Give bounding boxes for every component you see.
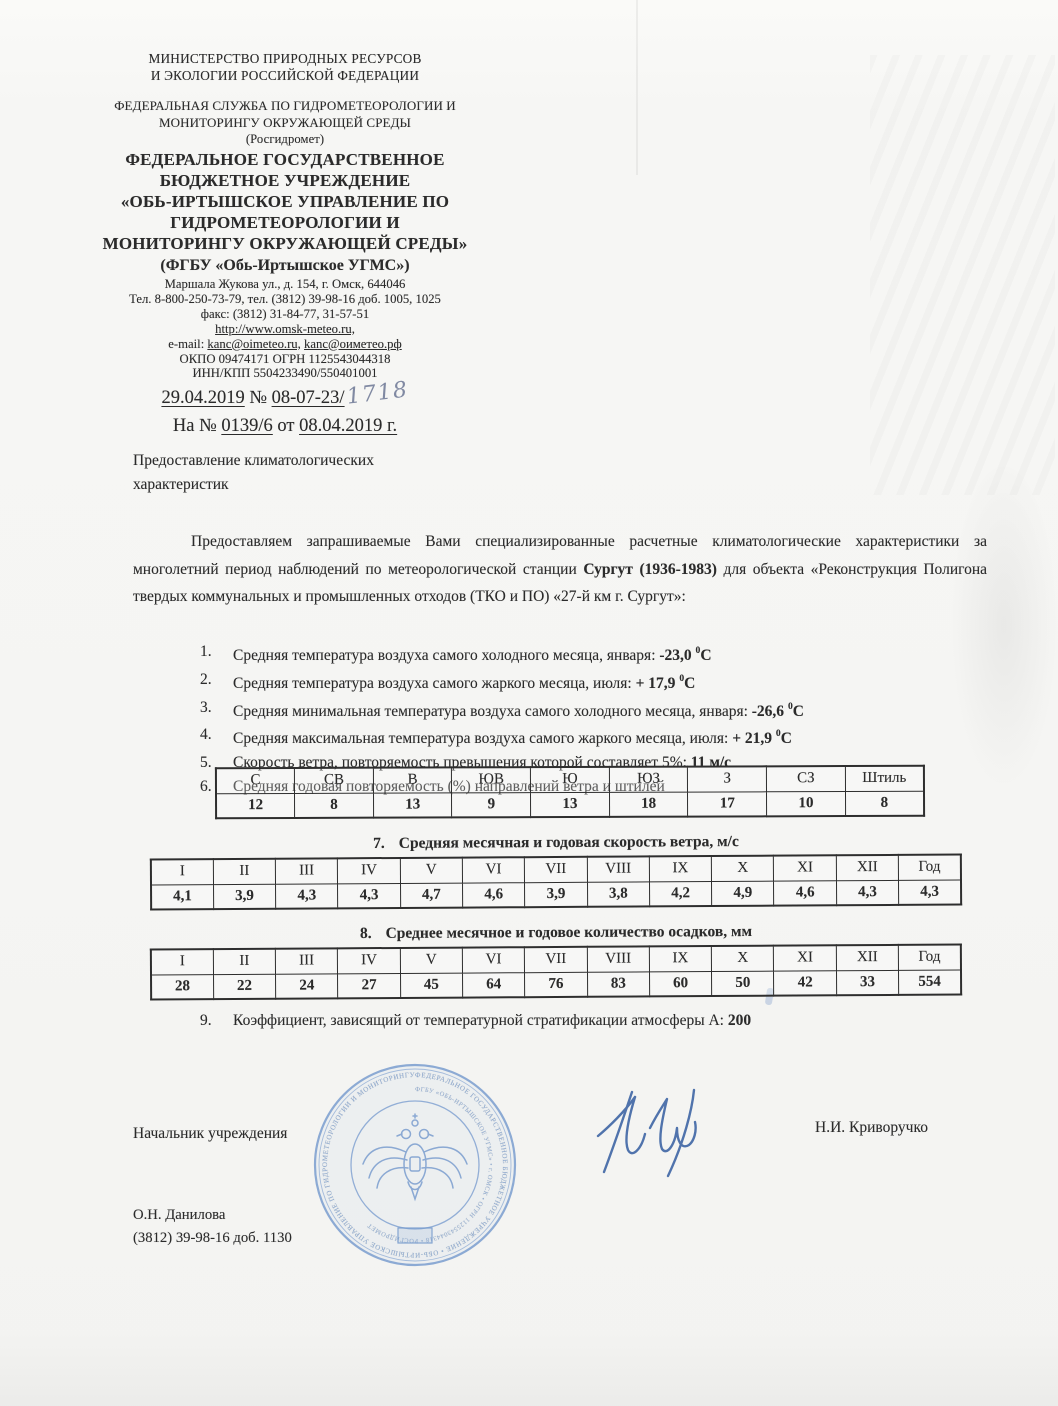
doc-date: 29.04.2019 <box>161 388 244 408</box>
value-cell: 4,3 <box>836 880 898 905</box>
ministry-name: МИНИСТЕРСТВО ПРИРОДНЫХ РЕСУРСОВ И ЭКОЛОГ… <box>55 50 515 84</box>
email-address-2: kanc@оиметео.рф <box>304 337 402 351</box>
value-cell: 3,9 <box>525 882 587 907</box>
list-item-text: Средняя максимальная температура воздуха… <box>233 723 792 751</box>
wind-direction-table: ССВВЮВЮЮЗЗСЗШтиль128139131817108 <box>215 765 925 819</box>
header-cell: В <box>373 767 452 792</box>
header-cell: II <box>213 859 275 884</box>
email-address-1: kanc@oimeteo.ru, <box>207 337 300 351</box>
value-cell: 4,6 <box>774 880 836 905</box>
value-cell: 42 <box>774 970 836 995</box>
value-cell: 83 <box>587 971 649 996</box>
value-cell: 17 <box>688 791 767 816</box>
signatory-position: Начальник учреждения <box>133 1125 287 1143</box>
subject-line: характеристик <box>133 473 374 497</box>
value-cell: 9 <box>452 792 531 817</box>
phone-line: Тел. 8-800-250-73-79, тел. (3812) 39-98-… <box>55 292 515 307</box>
value-cell: 3,9 <box>213 884 275 909</box>
scan-artifact <box>0 1330 1058 1406</box>
list-item-text: Коэффициент, зависящий от температурной … <box>233 1012 751 1030</box>
table-header-row: ССВВЮВЮЮЗЗСЗШтиль <box>216 766 924 793</box>
ministry-line: И ЭКОЛОГИИ РОССИЙСКОЙ ФЕДЕРАЦИИ <box>55 67 515 84</box>
scan-artifact <box>636 0 638 175</box>
header-cell: VIII <box>587 946 649 971</box>
header-cell: XI <box>774 855 836 880</box>
signature-scribble <box>580 1082 720 1182</box>
header-cell: СВ <box>295 768 374 793</box>
header-cell: X <box>712 856 774 881</box>
header-cell: СЗ <box>767 766 846 791</box>
header-cell: IV <box>338 858 400 883</box>
organization-name: ФЕДЕРАЛЬНОЕ ГОСУДАРСТВЕННОЕБЮДЖЕТНОЕ УЧР… <box>55 149 515 254</box>
inn-kpp-line: ИНН/КПП 5504233490/550401001 <box>55 366 515 381</box>
organization-name-line: ФЕДЕРАЛЬНОЕ ГОСУДАРСТВЕННОЕ <box>55 149 515 170</box>
subject: Предоставление климатологических характе… <box>133 449 374 496</box>
header-cell: V <box>400 948 462 973</box>
header-cell: Год <box>898 855 961 880</box>
table-title-text: Средняя месячная и годовая скорость ветр… <box>399 833 739 852</box>
list-item-9: 9. Коэффициент, зависящий от температурн… <box>200 1012 751 1030</box>
value-cell: 76 <box>525 972 587 997</box>
item9-value: 200 <box>728 1012 751 1029</box>
value-cell: 24 <box>276 973 338 998</box>
organization-name-line: БЮДЖЕТНОЕ УЧРЕЖДЕНИЕ <box>55 170 515 191</box>
scanned-letter-page: МИНИСТЕРСТВО ПРИРОДНЫХ РЕСУРСОВ И ЭКОЛОГ… <box>0 0 1058 1406</box>
precipitation-table-title: 8.Среднее месячное и годовое количество … <box>150 922 962 944</box>
item9-text: Коэффициент, зависящий от температурной … <box>233 1012 724 1029</box>
header-cell: I <box>151 859 213 884</box>
executor-name: О.Н. Данилова <box>133 1204 292 1227</box>
table-title-text: Среднее месячное и годовое количество ос… <box>386 923 753 942</box>
station-name-bold: Сургут (1936-1983) <box>583 561 717 578</box>
value-cell: 4,2 <box>649 881 711 906</box>
header-cell: II <box>213 949 275 974</box>
header-cell: I <box>151 949 213 974</box>
wind-speed-table-title: 7.Средняя месячная и годовая скорость ве… <box>150 832 962 854</box>
value-cell: 27 <box>338 973 400 998</box>
list-item-text: Средняя температура воздуха самого жарко… <box>233 668 695 696</box>
doc-number: 08-07-23/ <box>272 388 345 408</box>
header-cell: III <box>275 858 337 883</box>
scan-artifact <box>870 55 1055 495</box>
value-cell: 4,1 <box>151 884 213 909</box>
header-cell: III <box>275 948 337 973</box>
ref-number: 0139/6 <box>221 416 272 436</box>
header-cell: IV <box>338 948 400 973</box>
website-url: http://www.omsk-meteo.ru, <box>215 322 355 336</box>
reference-line: На № 0139/6 от 08.04.2019 г. <box>55 414 515 439</box>
header-cell: IX <box>649 946 711 971</box>
precipitation-table: IIIIIIIVVVIVIIVIIIIXXXIXIIГод28222427456… <box>150 944 962 1001</box>
value-cell: 45 <box>400 973 462 998</box>
okpo-ogrn-line: ОКПО 09474171 ОГРН 1125543044318 <box>55 352 515 367</box>
item-number: 8. <box>360 925 372 942</box>
header-cell: С <box>216 768 295 793</box>
value-cell: 8 <box>295 793 374 818</box>
federal-service-name: ФЕДЕРАЛЬНАЯ СЛУЖБА ПО ГИДРОМЕТЕОРОЛОГИИ … <box>55 97 515 147</box>
doc-no-label: № <box>249 388 267 408</box>
subject-line: Предоставление климатологических <box>133 449 374 473</box>
value-cell: 4,3 <box>338 883 400 908</box>
service-line: ФЕДЕРАЛЬНАЯ СЛУЖБА ПО ГИДРОМЕТЕОРОЛОГИИ … <box>55 97 515 114</box>
header-cell: VI <box>462 857 524 882</box>
letterhead: МИНИСТЕРСТВО ПРИРОДНЫХ РЕСУРСОВ И ЭКОЛОГ… <box>55 50 515 439</box>
list-item-number: 2. <box>200 668 233 696</box>
handwritten-number: 1718 <box>345 378 410 410</box>
list-item: 4.Средняя максимальная температура возду… <box>200 723 1000 751</box>
website-line: http://www.omsk-meteo.ru, <box>55 322 515 337</box>
value-cell: 13 <box>531 792 610 817</box>
value-cell: 28 <box>151 974 213 999</box>
list-item-number: 4. <box>200 723 233 751</box>
list-item-text: Средняя минимальная температура воздуха … <box>233 696 804 724</box>
header-cell: З <box>688 766 767 791</box>
header-cell: Ю <box>531 767 610 792</box>
fax-line: факс: (3812) 31-84-77, 31-57-51 <box>55 307 515 322</box>
organization-name-line: «ОБЬ-ИРТЫШСКОЕ УПРАВЛЕНИЕ ПО <box>55 191 515 212</box>
value-cell: 33 <box>836 970 898 995</box>
doc-number-line: 29.04.2019 № 08-07-23/1718 <box>55 384 515 411</box>
header-cell: X <box>712 946 774 971</box>
value-cell: 10 <box>767 791 846 816</box>
header-cell: ЮВ <box>452 767 531 792</box>
header-cell: XII <box>836 945 898 970</box>
value-cell: 60 <box>649 971 711 996</box>
list-item-text: Средняя температура воздуха самого холод… <box>233 640 712 668</box>
header-cell: VII <box>525 857 587 882</box>
header-cell: XII <box>836 855 898 880</box>
value-cell: 3,8 <box>587 881 649 906</box>
item-number: 7. <box>373 835 385 852</box>
wind-speed-table: IIIIIIIVVVIVIIVIIIIXXXIXIIГод4,13,94,34,… <box>150 854 962 911</box>
value-cell: 4,9 <box>712 881 774 906</box>
value-cell: 64 <box>462 972 524 997</box>
value-cell: 22 <box>213 974 275 999</box>
rosgidromet-label: (Росгидромет) <box>55 132 515 147</box>
value-cell: 8 <box>845 791 924 816</box>
header-cell: VI <box>462 947 524 972</box>
organization-name-line: ГИДРОМЕТЕОРОЛОГИИ И <box>55 212 515 233</box>
value-cell: 4,3 <box>899 880 962 905</box>
table-value-row: 4,13,94,34,34,74,63,93,84,24,94,64,34,3 <box>151 880 961 910</box>
stamp-number-box <box>398 1228 432 1243</box>
value-cell: 554 <box>899 970 962 995</box>
value-cell: 4,7 <box>400 883 462 908</box>
value-cell: 18 <box>609 792 688 817</box>
list-item: 2.Средняя температура воздуха самого жар… <box>200 668 1000 696</box>
ministry-line: МИНИСТЕРСТВО ПРИРОДНЫХ РЕСУРСОВ <box>55 50 515 67</box>
value-cell: 13 <box>373 792 452 817</box>
ref-prefix: На № <box>173 416 217 436</box>
ref-ot: от <box>277 416 294 436</box>
executor-block: О.Н. Данилова (3812) 39-98-16 доб. 1130 <box>133 1204 292 1249</box>
intro-paragraph: Предоставляем запрашиваемые Вами специал… <box>133 528 987 611</box>
value-cell: 4,6 <box>462 882 524 907</box>
header-cell: XI <box>774 945 836 970</box>
executor-phone: (3812) 39-98-16 доб. 1130 <box>133 1227 292 1250</box>
list-item-number: 1. <box>200 640 233 668</box>
service-line: МОНИТОРИНГУ ОКРУЖАЮЩЕЙ СРЕДЫ <box>55 114 515 131</box>
table-value-row: 282224274564768360504233554 <box>151 970 961 1000</box>
list-item-number: 9. <box>200 1012 233 1030</box>
list-item: 3.Средняя минимальная температура воздух… <box>200 696 1000 724</box>
ref-date: 08.04.2019 г. <box>299 416 397 436</box>
organization-short-name: (ФГБУ «Обь-Иртышское УГМС») <box>55 255 515 277</box>
header-cell: IX <box>649 856 711 881</box>
organization-name-line: МОНИТОРИНГУ ОКРУЖАЮЩЕЙ СРЕДЫ» <box>55 233 515 254</box>
header-cell: Год <box>898 945 961 970</box>
value-cell: 50 <box>712 971 774 996</box>
email-label: e-mail: <box>168 337 204 351</box>
table-value-row: 128139131817108 <box>216 791 924 818</box>
official-stamp: ФЕДЕРАЛЬНОЕ ГОСУДАРСТВЕННОЕ БЮДЖЕТНОЕ УЧ… <box>310 1060 520 1270</box>
header-cell: ЮЗ <box>609 767 688 792</box>
header-cell: V <box>400 858 462 883</box>
signatory-name: Н.И. Криворучко <box>815 1119 928 1137</box>
value-cell: 4,3 <box>276 883 338 908</box>
list-item: 1.Средняя температура воздуха самого хол… <box>200 640 1000 668</box>
header-cell: VII <box>525 947 587 972</box>
email-line: e-mail: kanc@oimeteo.ru, kanc@оиметео.рф <box>55 337 515 352</box>
header-cell: VIII <box>587 856 649 881</box>
header-cell: Штиль <box>845 766 924 791</box>
address-line: Маршала Жукова ул., д. 154, г. Омск, 644… <box>55 277 515 292</box>
list-item-number: 3. <box>200 696 233 724</box>
value-cell: 12 <box>216 793 295 818</box>
